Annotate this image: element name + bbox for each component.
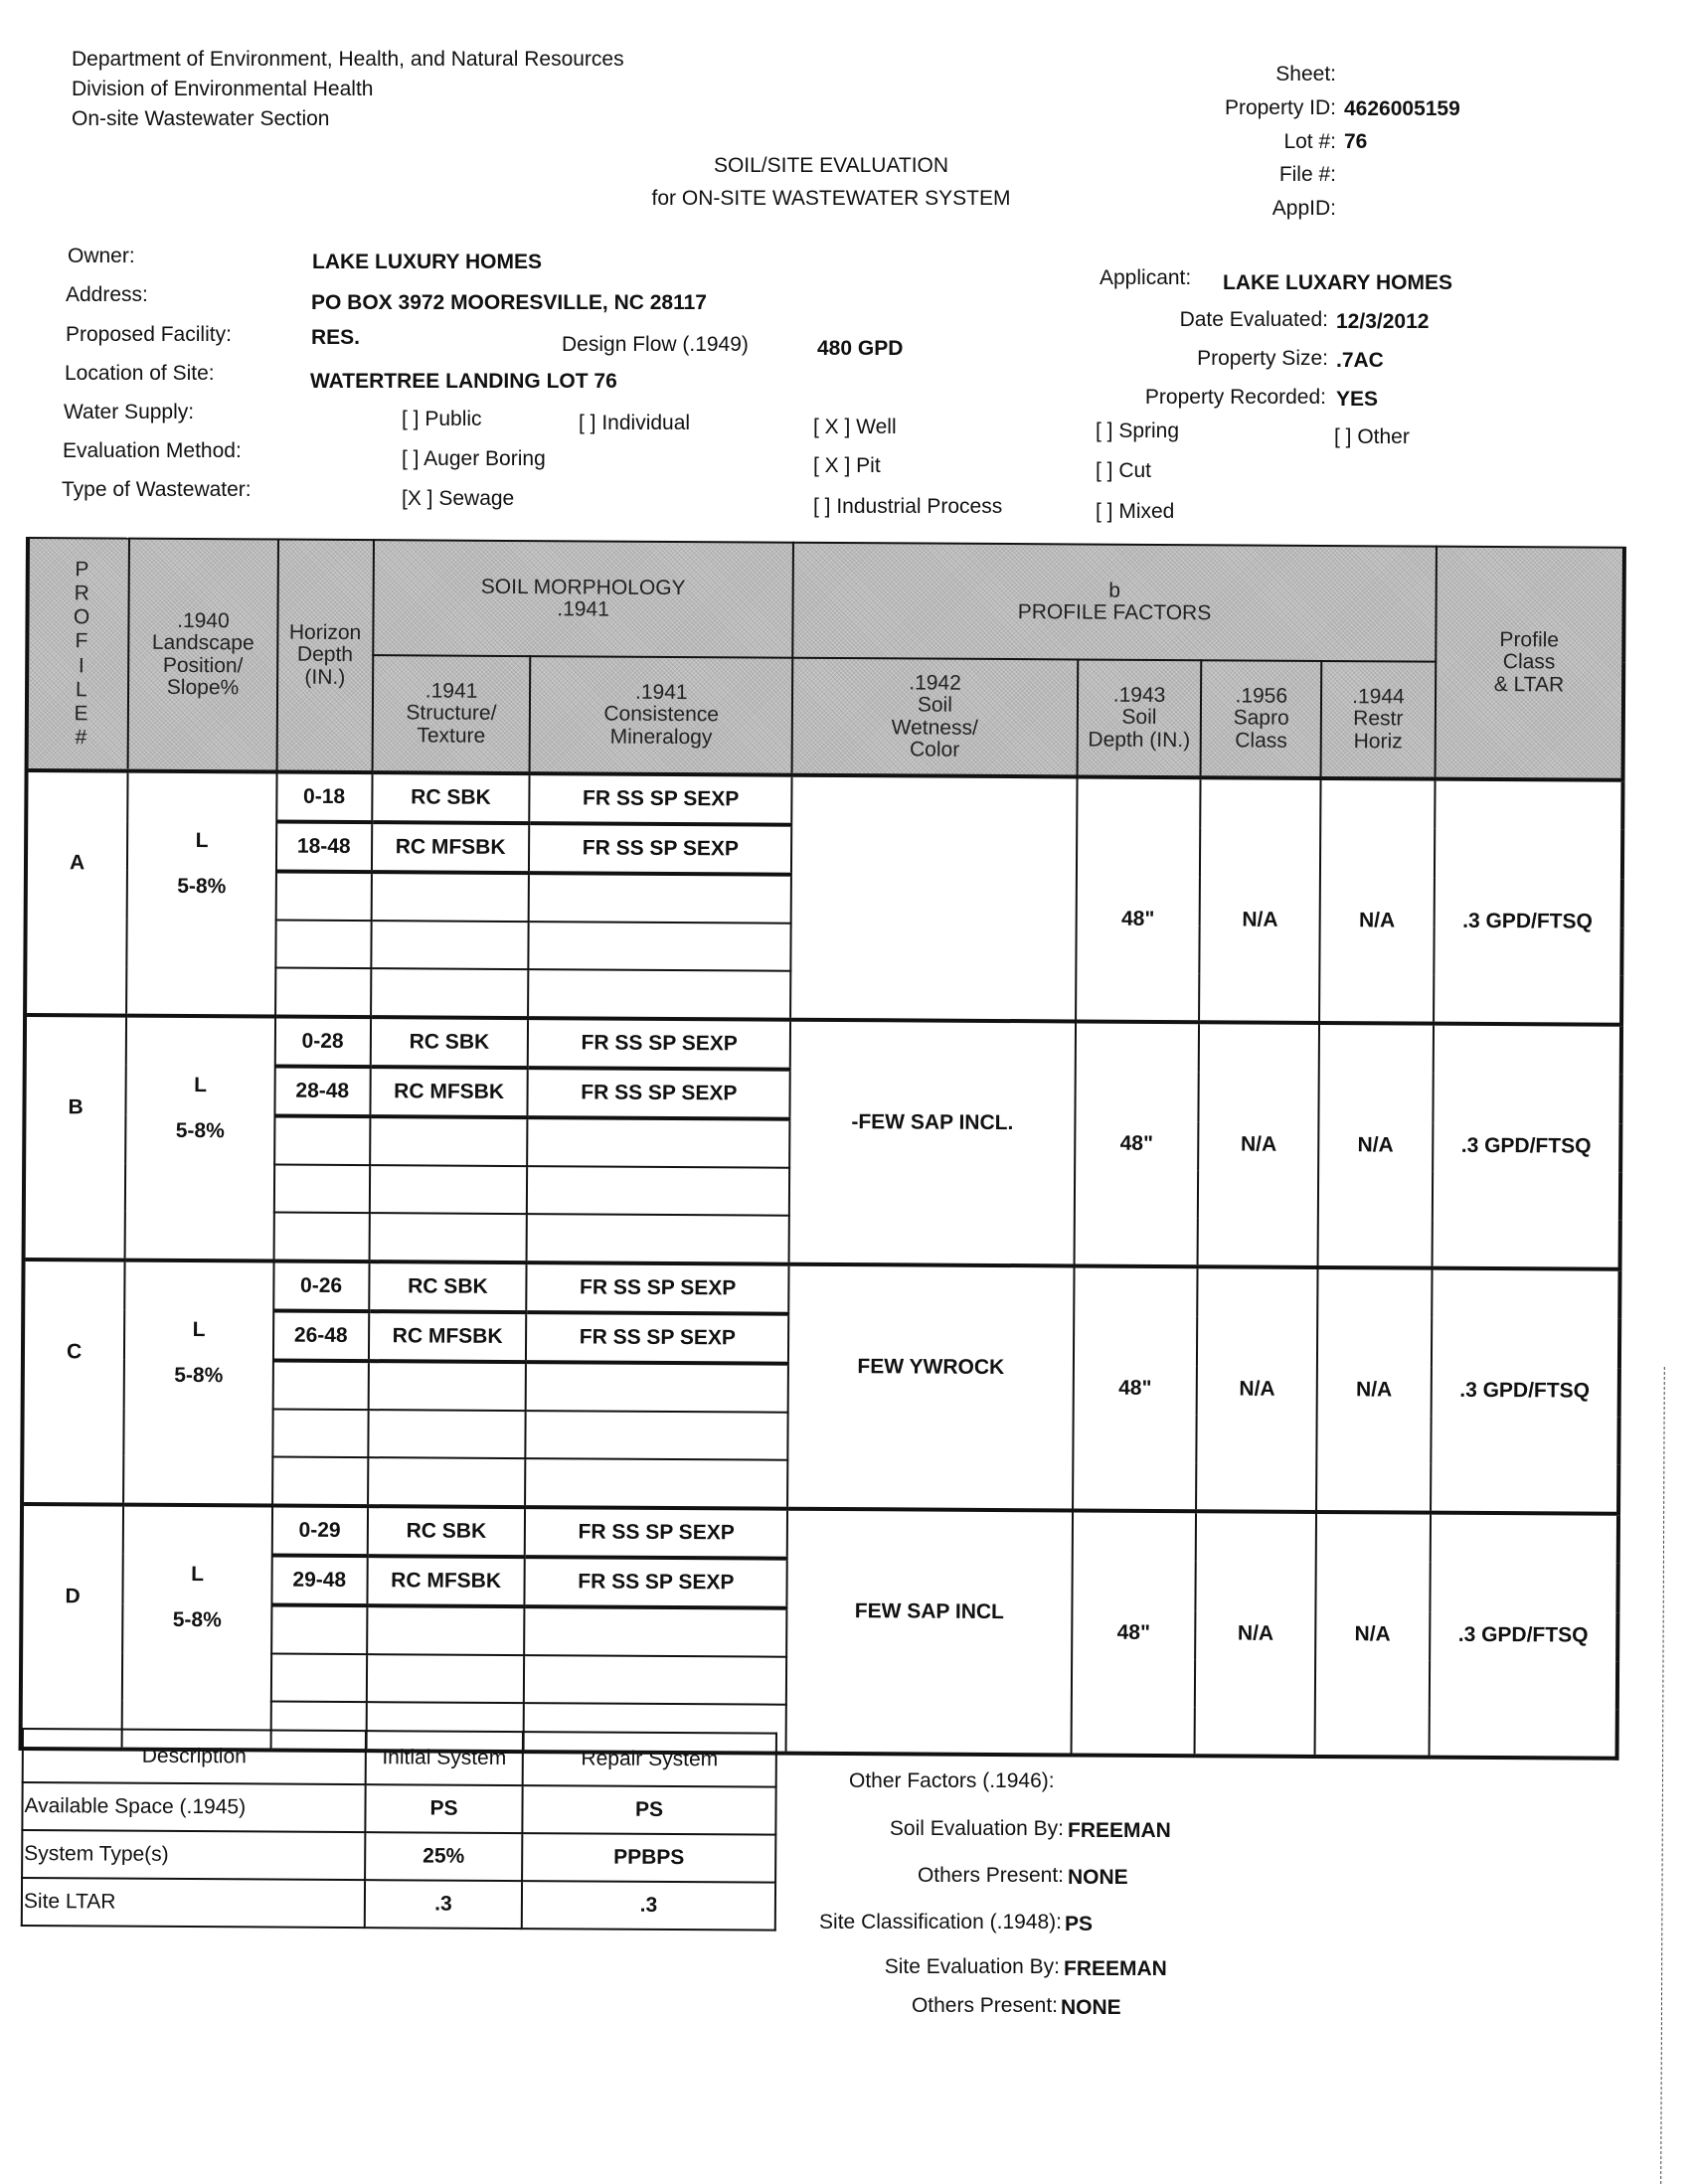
- horizon-line: Depth: [278, 644, 372, 667]
- owner-value: LAKE LUXURY HOMES: [312, 251, 542, 274]
- restr-line: Horiz: [1322, 730, 1435, 753]
- landscape-slope: L5-8%: [123, 1260, 273, 1506]
- slope-percent: 5-8%: [128, 875, 274, 900]
- summary-header-repair: Repair System: [523, 1732, 776, 1787]
- header-profile-number: PROFILE#: [27, 538, 130, 771]
- consistence-mineralogy: FR SS SP SEXP: [528, 1018, 790, 1070]
- soil-depth-line: .1943: [1079, 685, 1201, 708]
- checkbox-well[interactable]: [ X ] Well: [813, 416, 897, 439]
- horizon-depth: [272, 1361, 368, 1411]
- horizon-depth: [275, 872, 371, 922]
- structure-line: Structure/: [374, 703, 530, 726]
- horizon-depth: [271, 1605, 367, 1655]
- profile-letter-line: I: [35, 654, 127, 679]
- structure-texture: [368, 1361, 526, 1411]
- wetness-line: Color: [793, 738, 1077, 761]
- sapro-class: N/A: [1198, 1022, 1319, 1267]
- summary-description: Site LTAR: [22, 1878, 365, 1928]
- horizon-depth: [273, 1165, 369, 1214]
- profile-class-ltar: .3 GPD/FTSQ: [1434, 779, 1623, 1025]
- soil-profile-table: PROFILE# .1940LandscapePosition/Slope% H…: [19, 537, 1626, 1761]
- sapro-class: N/A: [1196, 1266, 1317, 1512]
- summary-description: Available Space (.1945): [22, 1782, 365, 1832]
- consistence-mineralogy: [527, 1166, 789, 1216]
- applicant-value: LAKE LUXARY HOMES: [1223, 271, 1452, 295]
- structure-texture: [370, 1116, 528, 1166]
- header-restr-horiz: .1944RestrHoriz: [1321, 661, 1436, 779]
- summary-repair: PPBPS: [522, 1833, 775, 1883]
- profile-id: B: [24, 1015, 127, 1260]
- site-evaluation-by-label: Site Evaluation By:: [885, 1955, 1060, 1979]
- consistence-mineralogy: [527, 1117, 789, 1168]
- soil-morphology-line: SOIL MORPHOLOGY: [374, 576, 792, 600]
- summary-initial: .3: [365, 1880, 522, 1929]
- horizon-depth: [272, 1457, 368, 1507]
- profile-letter-line: L: [35, 678, 127, 703]
- file-label: File #:: [1279, 163, 1336, 187]
- property-id-label: Property ID:: [1225, 96, 1336, 120]
- profile-letter-line: P: [36, 558, 128, 583]
- horizon-row: BL5-8%0-28RC SBKFR SS SP SEXP-FEW SAP IN…: [25, 1015, 1621, 1075]
- lot-value: 76: [1344, 130, 1367, 154]
- checkbox-cut[interactable]: [ ] Cut: [1096, 459, 1151, 483]
- landscape-line: .1940: [130, 610, 276, 633]
- landscape-slope: L5-8%: [125, 1016, 275, 1261]
- profile-letter-line: #: [35, 726, 127, 751]
- structure-texture: RC SBK: [368, 1506, 526, 1557]
- applicant-label: Applicant:: [1100, 266, 1191, 290]
- owner-label: Owner:: [68, 245, 135, 268]
- profile-id: A: [25, 770, 128, 1016]
- horizon-line: Horizon: [278, 622, 372, 645]
- header-soil-wetness: .1942SoilWetness/Color: [792, 658, 1078, 777]
- property-recorded-value: YES: [1336, 388, 1378, 412]
- slope-percent: 5-8%: [127, 1119, 273, 1144]
- consistence-mineralogy: FR SS SP SEXP: [529, 823, 791, 875]
- agency-department: Department of Environment, Health, and N…: [72, 48, 624, 72]
- header-consistence-mineralogy: .1941ConsistenceMineralogy: [530, 656, 793, 775]
- consistence-mineralogy: FR SS SP SEXP: [528, 1068, 790, 1119]
- landscape-line: Position/: [129, 654, 275, 677]
- soil-depth: 48": [1071, 1510, 1196, 1756]
- landscape-slope: L5-8%: [126, 771, 276, 1017]
- slope-percent: 5-8%: [124, 1608, 270, 1633]
- site-evaluation-by-value: FREEMAN: [1064, 1957, 1167, 1981]
- checkbox-industrial-process[interactable]: [ ] Industrial Process: [813, 495, 1002, 519]
- horizon-depth: 0-29: [271, 1506, 367, 1557]
- design-flow-value: 480 GPD: [817, 337, 903, 361]
- horizon-row: AL5-8%0-18RC SBKFR SS SP SEXP48"N/AN/A.3…: [26, 770, 1622, 830]
- address-label: Address:: [66, 283, 148, 307]
- summary-row: Site LTAR .3 .3: [22, 1878, 775, 1931]
- summary-header-initial: Initial System: [366, 1731, 523, 1785]
- consistence-mineralogy: [526, 1362, 788, 1413]
- location-label: Location of Site:: [65, 362, 215, 386]
- landscape-position: L: [124, 1563, 270, 1588]
- structure-texture: RC MFSBK: [370, 1067, 528, 1117]
- profile-class-ltar: .3 GPD/FTSQ: [1431, 1268, 1620, 1514]
- design-flow-label: Design Flow (.1949): [562, 333, 749, 357]
- structure-texture: RC MFSBK: [372, 822, 530, 873]
- horizon-depth: 0-28: [274, 1017, 370, 1068]
- consistence-mineralogy: [528, 969, 790, 1020]
- soil-depth: 48": [1076, 776, 1201, 1022]
- horizon-depth: 26-48: [273, 1311, 369, 1362]
- summary-header-description: Description: [23, 1729, 366, 1784]
- profile-letter-line: E: [35, 702, 127, 727]
- structure-texture: [371, 921, 529, 969]
- sheet-label: Sheet:: [1275, 63, 1336, 86]
- checkbox-spring[interactable]: [ ] Spring: [1096, 420, 1179, 443]
- checkbox-mixed[interactable]: [ ] Mixed: [1096, 500, 1174, 524]
- sapro-line: Class: [1202, 730, 1320, 753]
- structure-texture: [368, 1410, 526, 1458]
- profile-class-ltar: .3 GPD/FTSQ: [1429, 1513, 1618, 1759]
- header-profile-factors: bPROFILE FACTORS: [793, 543, 1437, 662]
- others-present-label-2: Others Present:: [912, 1994, 1058, 2018]
- consistence-mineralogy: [524, 1606, 786, 1657]
- soil-morphology-line: .1941: [374, 597, 792, 622]
- structure-texture: RC MFSBK: [367, 1556, 525, 1606]
- horizon-line: (IN.): [278, 666, 372, 689]
- consistence-mineralogy: [524, 1655, 786, 1705]
- header-profile-class: ProfileClass& LTAR: [1435, 547, 1624, 780]
- consistence-mineralogy: [526, 1411, 788, 1460]
- profile-class-ltar: .3 GPD/FTSQ: [1432, 1024, 1621, 1269]
- form-subtitle: for ON-SITE WASTEWATER SYSTEM: [583, 187, 1080, 211]
- wetness-line: Soil: [793, 694, 1077, 718]
- profile-id: D: [21, 1504, 124, 1750]
- horizon-depth: [272, 1410, 368, 1458]
- header-horizon-depth: HorizonDepth(IN.): [276, 540, 374, 773]
- profile-class-line: Profile: [1437, 629, 1621, 652]
- checkbox-other[interactable]: [ ] Other: [1334, 425, 1410, 449]
- structure-texture: [367, 1654, 525, 1703]
- site-classification-value: PS: [1065, 1913, 1093, 1936]
- checkbox-pit[interactable]: [ X ] Pit: [813, 454, 881, 478]
- structure-texture: [369, 1213, 527, 1262]
- horizon-depth: [275, 968, 371, 1018]
- horizon-depth: [275, 921, 371, 969]
- consistence-mineralogy: FR SS SP SEXP: [526, 1312, 788, 1364]
- profile-letter-line: F: [35, 629, 127, 654]
- summary-initial: PS: [365, 1784, 522, 1833]
- soil-wetness: -FEW SAP INCL.: [789, 1020, 1076, 1266]
- profile-id: C: [22, 1260, 125, 1505]
- form-title: SOIL/SITE EVALUATION: [583, 154, 1080, 178]
- restr-horiz: N/A: [1319, 778, 1435, 1024]
- restr-line: Restr: [1322, 708, 1435, 731]
- header-sapro-class: .1956SaproClass: [1201, 660, 1321, 778]
- profile-letter-line: R: [36, 582, 128, 606]
- agency-division: Division of Environmental Health: [72, 78, 373, 101]
- structure-texture: [370, 1165, 528, 1214]
- site-classification-label: Site Classification (.1948):: [819, 1911, 1062, 1934]
- checkbox-auger-boring[interactable]: [ ] Auger Boring: [402, 447, 546, 471]
- structure-texture: [368, 1457, 526, 1507]
- agency-section: On-site Wastewater Section: [72, 107, 330, 131]
- property-size-label: Property Size:: [1197, 347, 1328, 371]
- appid-label: AppID:: [1272, 197, 1336, 221]
- landscape-line: Slope%: [129, 676, 275, 699]
- structure-line: Texture: [373, 725, 529, 748]
- soil-depth-line: Soil: [1078, 707, 1200, 730]
- structure-texture: RC MFSBK: [369, 1311, 527, 1362]
- header-soil-morphology: SOIL MORPHOLOGY.1941: [373, 540, 793, 658]
- horizon-row: DL5-8%0-29RC SBKFR SS SP SEXPFEW SAP INC…: [22, 1504, 1618, 1564]
- summary-initial: 25%: [365, 1832, 522, 1881]
- soil-depth: 48": [1073, 1265, 1198, 1511]
- restr-horiz: N/A: [1315, 1512, 1431, 1758]
- consistence-mineralogy: [529, 922, 791, 971]
- wetness-line: .1942: [793, 672, 1077, 696]
- consistence-mineralogy: FR SS SP SEXP: [525, 1557, 787, 1608]
- horizon-depth: 29-48: [271, 1556, 367, 1606]
- water-supply-label: Water Supply:: [64, 401, 194, 424]
- structure-texture: RC SBK: [369, 1261, 527, 1312]
- sapro-class: N/A: [1199, 777, 1320, 1023]
- structure-texture: RC SBK: [371, 1017, 529, 1068]
- structure-texture: [371, 968, 529, 1018]
- date-evaluated-label: Date Evaluated:: [1180, 308, 1328, 332]
- horizon-depth: 0-18: [276, 772, 372, 823]
- facility-label: Proposed Facility:: [66, 323, 232, 347]
- structure-texture: [367, 1605, 525, 1655]
- eval-method-label: Evaluation Method:: [63, 439, 242, 463]
- others-present-value-2: NONE: [1061, 1996, 1121, 2020]
- horizon-depth: 18-48: [276, 822, 372, 873]
- header-landscape: .1940LandscapePosition/Slope%: [128, 539, 278, 772]
- wetness-line: Wetness/: [793, 716, 1077, 740]
- consistence-line: Mineralogy: [531, 726, 791, 750]
- structure-texture: [371, 872, 529, 922]
- consistence-line: Consistence: [531, 704, 791, 728]
- restr-line: .1944: [1322, 686, 1435, 709]
- consistence-mineralogy: [527, 1214, 789, 1264]
- facility-value: RES.: [311, 326, 360, 350]
- horizon-row: CL5-8%0-26RC SBKFR SS SP SEXPFEW YWROCK4…: [23, 1260, 1619, 1319]
- landscape-position: L: [128, 829, 274, 854]
- other-factors-label: Other Factors (.1946):: [849, 1769, 1055, 1793]
- slope-percent: 5-8%: [125, 1364, 271, 1389]
- header-structure-texture: .1941Structure/Texture: [372, 655, 530, 773]
- soil-evaluation-by-value: FREEMAN: [1068, 1819, 1171, 1843]
- soil-evaluation-by-label: Soil Evaluation By:: [890, 1817, 1064, 1841]
- structure-texture: RC SBK: [372, 772, 530, 823]
- profile-letter-line: O: [35, 605, 127, 630]
- soil-wetness: FEW YWROCK: [787, 1264, 1074, 1511]
- landscape-position: L: [127, 1074, 273, 1098]
- summary-repair: PS: [522, 1785, 775, 1835]
- others-present-label-1: Others Present:: [918, 1864, 1064, 1888]
- summary-row: Available Space (.1945) PS PS: [22, 1782, 775, 1835]
- soil-wetness: [790, 775, 1077, 1022]
- sapro-line: .1956: [1202, 686, 1320, 709]
- property-size-value: .7AC: [1336, 349, 1384, 373]
- address-value: PO BOX 3972 MOORESVILLE, NC 28117: [311, 291, 707, 315]
- consistence-mineralogy: [525, 1458, 787, 1509]
- wastewater-label: Type of Wastewater:: [62, 478, 252, 502]
- header-soil-depth: .1943SoilDepth (IN.): [1077, 659, 1201, 777]
- horizon-depth: 28-48: [274, 1067, 370, 1117]
- horizon-depth: [274, 1116, 370, 1166]
- soil-depth-line: Depth (IN.): [1078, 729, 1200, 752]
- lot-label: Lot #:: [1283, 130, 1336, 154]
- consistence-mineralogy: FR SS SP SEXP: [530, 773, 792, 825]
- others-present-value-1: NONE: [1068, 1866, 1128, 1890]
- scan-margin-line: [1660, 1367, 1667, 2184]
- summary-description: System Type(s): [22, 1830, 365, 1880]
- consistence-mineralogy: [529, 873, 791, 924]
- sapro-line: Sapro: [1202, 708, 1320, 731]
- consistence-line: .1941: [531, 682, 791, 706]
- sapro-class: N/A: [1195, 1511, 1316, 1757]
- date-evaluated-value: 12/3/2012: [1336, 310, 1429, 334]
- consistence-mineralogy: FR SS SP SEXP: [527, 1262, 789, 1314]
- horizon-depth: [273, 1213, 369, 1262]
- summary-repair: .3: [522, 1881, 775, 1931]
- profile-class-line: & LTAR: [1437, 673, 1621, 696]
- soil-wetness: FEW SAP INCL: [786, 1509, 1073, 1756]
- landscape-slope: L5-8%: [122, 1505, 272, 1751]
- restr-horiz: N/A: [1316, 1267, 1432, 1513]
- landscape-line: Landscape: [130, 632, 276, 655]
- checkbox-sewage[interactable]: [X ] Sewage: [402, 487, 514, 511]
- structure-line: .1941: [374, 681, 530, 704]
- consistence-mineralogy: FR SS SP SEXP: [525, 1507, 787, 1559]
- system-summary-table: Description Initial System Repair System…: [21, 1728, 777, 1932]
- property-id-value: 4626005159: [1344, 97, 1460, 121]
- horizon-depth: [270, 1654, 366, 1703]
- soil-depth: 48": [1074, 1021, 1199, 1266]
- property-recorded-label: Property Recorded:: [1145, 386, 1326, 410]
- restr-horiz: N/A: [1318, 1023, 1434, 1268]
- checkbox-public[interactable]: [ ] Public: [402, 408, 482, 431]
- profile-factors-line: PROFILE FACTORS: [794, 600, 1436, 626]
- summary-row: System Type(s) 25% PPBPS: [22, 1830, 775, 1883]
- profile-class-line: Class: [1437, 651, 1621, 674]
- location-value: WATERTREE LANDING LOT 76: [310, 370, 617, 394]
- checkbox-individual[interactable]: [ ] Individual: [579, 412, 690, 435]
- landscape-position: L: [125, 1318, 271, 1343]
- horizon-depth: 0-26: [273, 1261, 369, 1312]
